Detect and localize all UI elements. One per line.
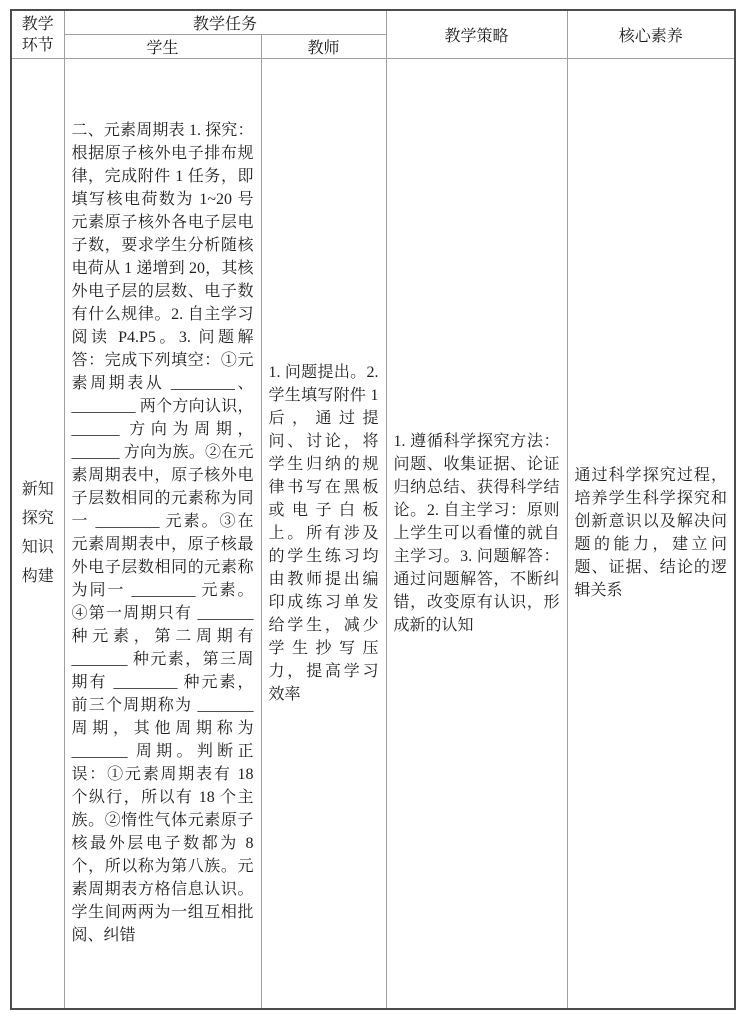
- teacher-task-cell: 1. 问题提出。2. 学生填写附件 1 后，通过提问、讨论，将学生归纳的规律书写…: [261, 59, 386, 1009]
- strategy-cell: 1. 遵循科学探究方法：问题、收集证据、论证归纳总结、获得科学结论。2. 自主学…: [386, 59, 567, 1009]
- header-teaching-task: 教学任务: [64, 10, 386, 35]
- student-task-text: 二、元素周期表 1. 探究：根据原子核外电子排布规律，完成附件 1 任务，即填写…: [65, 119, 261, 947]
- header-teaching-stage: 教学 环节: [11, 10, 64, 59]
- header-teaching-strategy: 教学策略: [386, 10, 567, 59]
- core-competency-cell: 通过科学探究过程，培养学生科学探究和创新意识以及解决问题的能力，建立问题、证据、…: [567, 59, 735, 1009]
- document-page: 教学 环节 教学任务 教学策略 核心素养 学生 教师 新知 探究 知识 构建 二…: [0, 0, 744, 1016]
- header-core-competency: 核心素养: [567, 10, 735, 59]
- lesson-plan-table: 教学 环节 教学任务 教学策略 核心素养 学生 教师 新知 探究 知识 构建 二…: [10, 9, 736, 1010]
- teacher-task-text: 1. 问题提出。2. 学生填写附件 1 后，通过提问、讨论，将学生归纳的规律书写…: [262, 361, 386, 706]
- table-row: 新知 探究 知识 构建 二、元素周期表 1. 探究：根据原子核外电子排布规律，完…: [11, 59, 735, 1009]
- stage-cell: 新知 探究 知识 构建: [11, 59, 64, 1009]
- student-task-cell: 二、元素周期表 1. 探究：根据原子核外电子排布规律，完成附件 1 任务，即填写…: [64, 59, 261, 1009]
- stage-text: 新知 探究 知识 构建: [12, 475, 64, 591]
- header-student: 学生: [64, 35, 261, 59]
- core-competency-text: 通过科学探究过程，培养学生科学探究和创新意识以及解决问题的能力，建立问题、证据、…: [568, 464, 735, 602]
- header-teacher: 教师: [261, 35, 386, 59]
- strategy-text: 1. 遵循科学探究方法：问题、收集证据、论证归纳总结、获得科学结论。2. 自主学…: [387, 430, 567, 637]
